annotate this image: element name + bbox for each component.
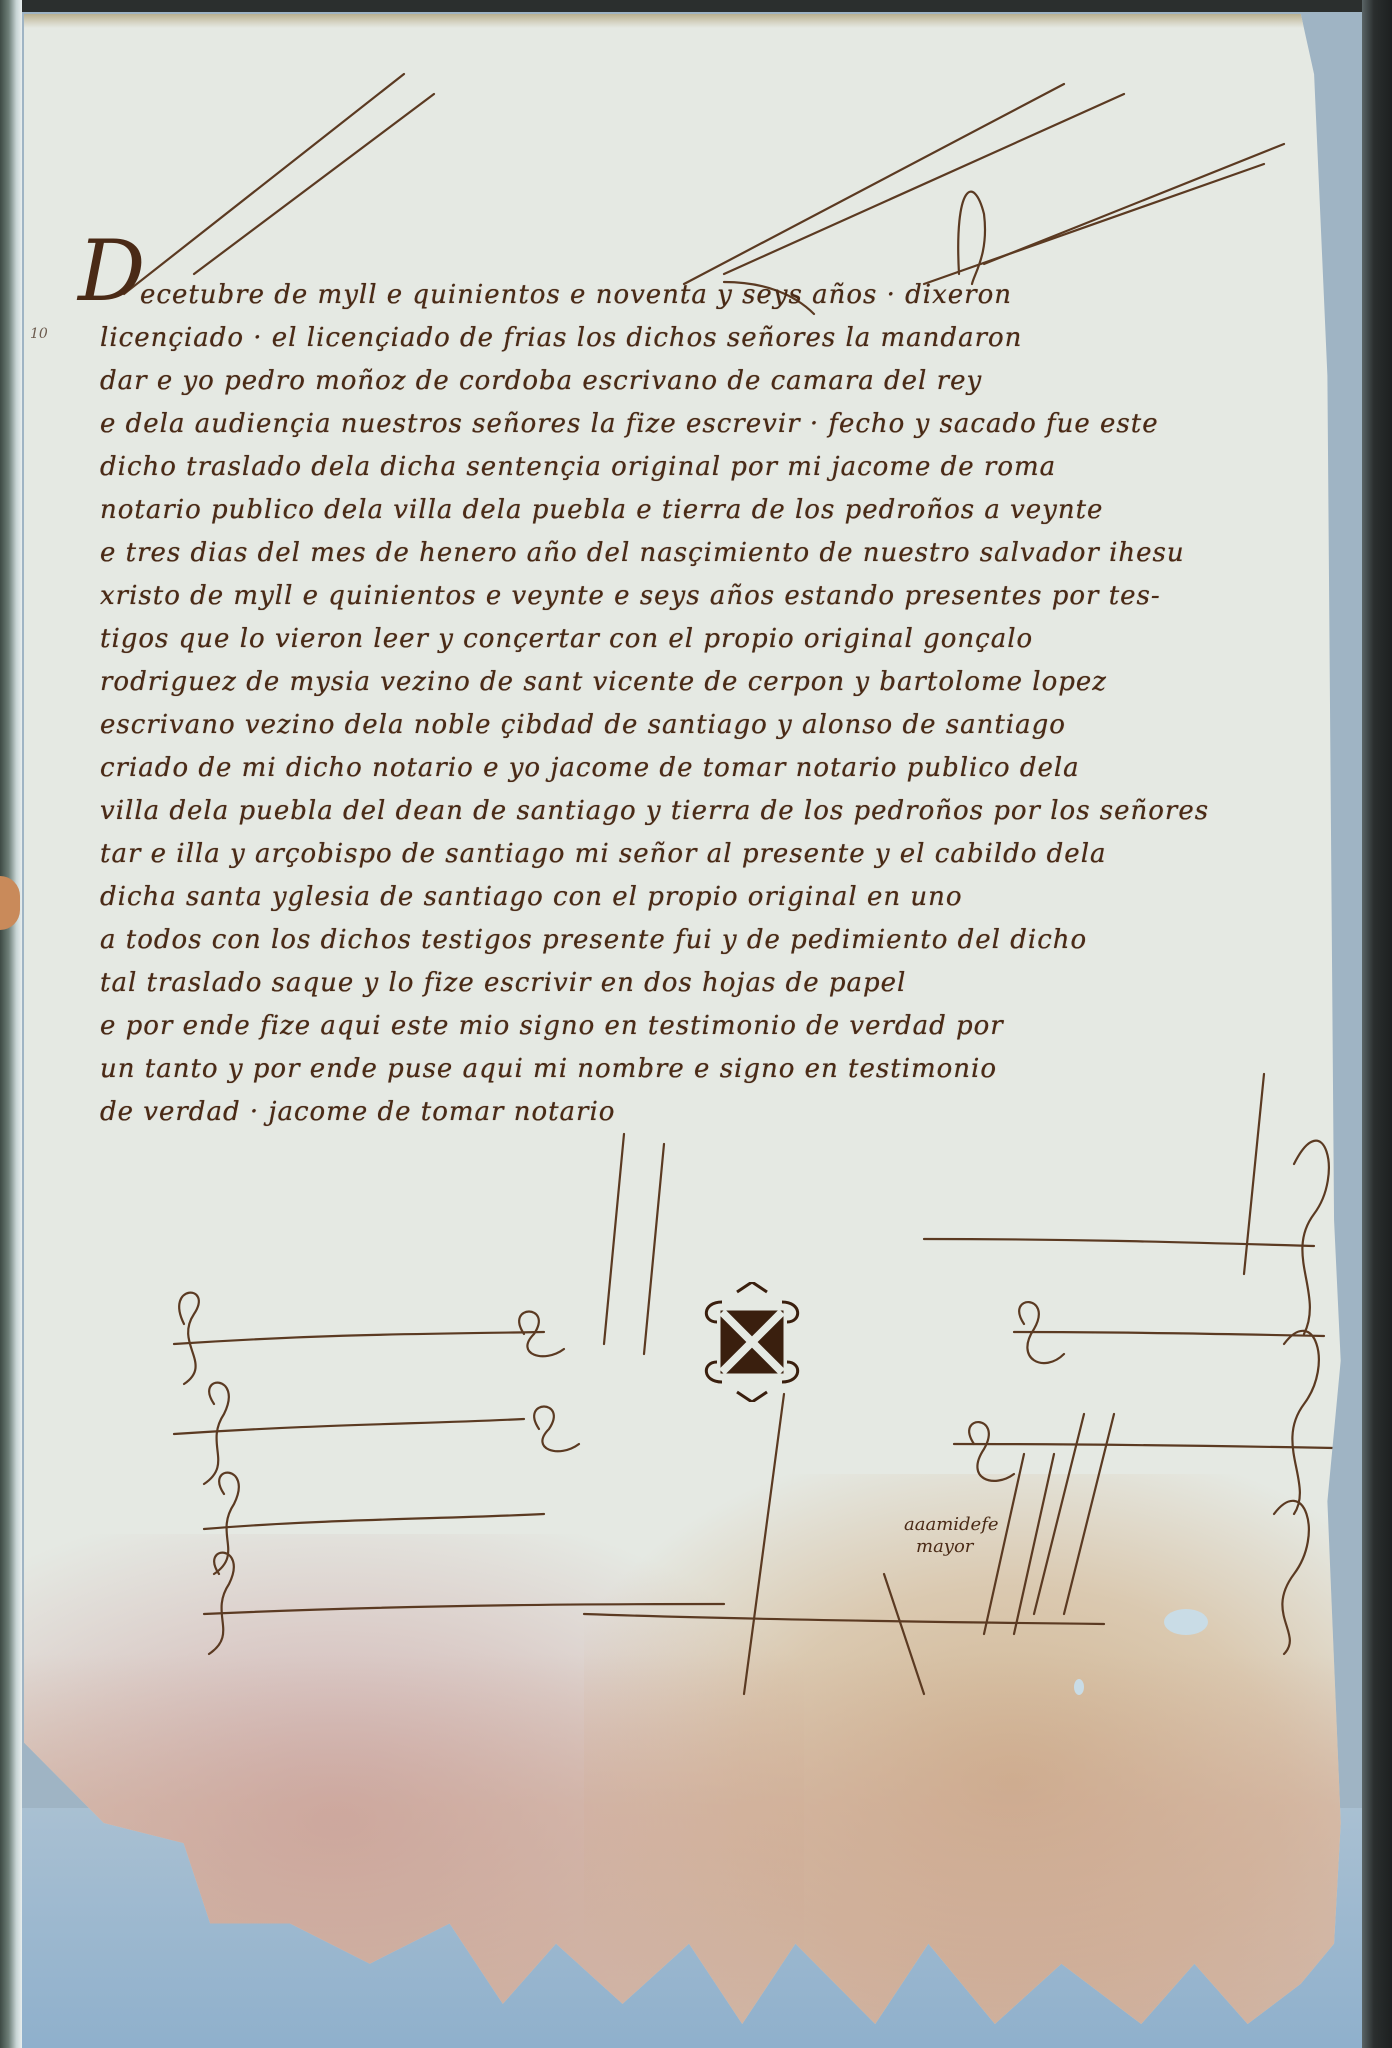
text-line: rodriguez de mysia vezino de sant vicent…: [100, 661, 1340, 704]
text-line: villa dela puebla del dean de santiago y…: [100, 790, 1340, 833]
text-line: xristo de myll e quinientos e veynte e s…: [100, 575, 1340, 618]
text-line: ecetubre de myll e quinientos e noventa …: [100, 274, 1340, 317]
text-line: a todos con los dichos testigos presente…: [100, 919, 1340, 962]
text-line: dicho traslado dela dicha sentençia orig…: [100, 446, 1340, 489]
text-line: un tanto y por ende puse aqui mi nombre …: [100, 1048, 1340, 1091]
text-line: e por ende fize aqui este mio signo en t…: [100, 1005, 1340, 1048]
text-line: notario publico dela villa dela puebla e…: [100, 489, 1340, 532]
frame-right-edge: [1362, 0, 1392, 2048]
text-line: criado de mi dicho notario e yo jacome d…: [100, 747, 1340, 790]
text-line: dar e yo pedro moñoz de cordoba escrivan…: [100, 360, 1340, 403]
text-line: e tres dias del mes de henero año del na…: [100, 532, 1340, 575]
text-line: dicha santa yglesia de santiago con el p…: [100, 876, 1340, 919]
signoff-line: mayor: [904, 1536, 999, 1558]
margin-annotation: 10: [30, 326, 48, 342]
text-line: licençiado · el licençiado de frias los …: [100, 317, 1340, 360]
text-line: de verdad · jacome de tomar notario: [100, 1091, 1340, 1134]
frame-top-edge: [0, 0, 1392, 12]
text-line: tar e illa y arçobispo de santiago mi se…: [100, 833, 1340, 876]
frame-left-edge: [0, 0, 22, 2048]
manuscript-page: 10 D ecetubre de myll e quinientos e nov…: [24, 14, 1354, 2024]
notary-signum-icon: [692, 1282, 812, 1402]
signoff-line: aaamidefe: [904, 1514, 999, 1536]
text-line: escrivano vezino dela noble çibdad de sa…: [100, 704, 1340, 747]
text-line: e dela audiençia nuestros señores la fiz…: [100, 403, 1340, 446]
text-line: tigos que lo vieron leer y conçertar con…: [100, 618, 1340, 661]
text-line: tal traslado saque y lo fize escrivir en…: [100, 962, 1340, 1005]
manuscript-text: ecetubre de myll e quinientos e noventa …: [100, 274, 1340, 1134]
notary-signoff: aaamidefe mayor: [904, 1514, 999, 1558]
